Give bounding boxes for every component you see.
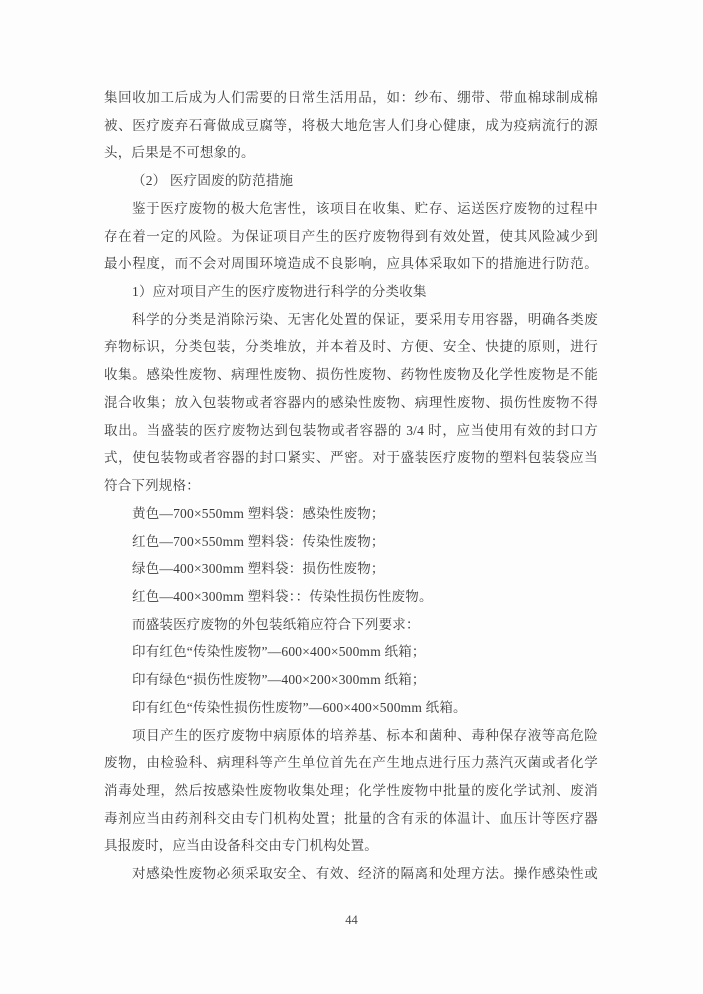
page-number: 44 [0, 910, 703, 930]
text-line: 印有红色“传染性损伤性废物”—600×400×500mm 纸箱。 [104, 694, 598, 722]
text-line: 被、医疗废弃石膏做成豆腐等，将极大地危害人们身心健康，成为疫病流行的源 [104, 112, 598, 140]
text-line: 收集。感染性废物、病理性废物、损伤性废物、药物性废物及化学性废物是不能 [104, 361, 598, 389]
text-line: 符合下列规格： [104, 472, 598, 500]
document-page: 集回收加工后成为人们需要的日常生活用品，如：纱布、绷带、带血棉球制成棉被、医疗废… [0, 0, 703, 994]
text-line: 式，使包装物或者容器的封口紧实、严密。对于盛装医疗废物的塑料包装袋应当 [104, 444, 598, 472]
text-line: 最小程度，而不会对周围环境造成不良影响，应具体采取如下的措施进行防范。 [104, 250, 598, 278]
text-line: 而盛装医疗废物的外包装纸箱应符合下列要求： [104, 611, 598, 639]
text-line: 绿色—400×300mm 塑料袋：损伤性废物； [104, 555, 598, 583]
text-line: 科学的分类是消除污染、无害化处置的保证，要采用专用容器，明确各类废 [104, 306, 598, 334]
text-line: 印有红色“传染性废物”—600×400×500mm 纸箱； [104, 638, 598, 666]
text-line: 存在着一定的风险。为保证项目产生的医疗废物得到有效处置，使其风险减少到 [104, 223, 598, 251]
text-line: 头，后果是不可想象的。 [104, 139, 598, 167]
text-line: （2） 医疗固废的防范措施 [104, 167, 598, 195]
text-line: 黄色—700×550mm 塑料袋：感染性废物； [104, 500, 598, 528]
text-line: 消毒处理，然后按感染性废物收集处理；化学性废物中批量的废化学试剂、废消 [104, 777, 598, 805]
text-line: 印有绿色“损伤性废物”—400×200×300mm 纸箱； [104, 666, 598, 694]
text-line: 取出。当盛装的医疗废物达到包装物或者容器的 3/4 时，应当使用有效的封口方 [104, 417, 598, 445]
text-line: 具报废时，应当由设备科交由专门机构处置。 [104, 832, 598, 860]
text-line: 鉴于医疗废物的极大危害性，该项目在收集、贮存、运送医疗废物的过程中 [104, 195, 598, 223]
text-line: 集回收加工后成为人们需要的日常生活用品，如：纱布、绷带、带血棉球制成棉 [104, 84, 598, 112]
text-line: 项目产生的医疗废物中病原体的培养基、标本和菌种、毒种保存液等高危险 [104, 722, 598, 750]
text-line: 混合收集；放入包装物或者容器内的感染性废物、病理性废物、损伤性废物不得 [104, 389, 598, 417]
text-line: 1）应对项目产生的医疗废物进行科学的分类收集 [104, 278, 598, 306]
text-block: 集回收加工后成为人们需要的日常生活用品，如：纱布、绷带、带血棉球制成棉被、医疗废… [104, 84, 598, 888]
text-line: 对感染性废物必须采取安全、有效、经济的隔离和处理方法。操作感染性或 [104, 860, 598, 888]
text-line: 弃物标识，分类包装，分类堆放，并本着及时、方便、安全、快捷的原则，进行 [104, 333, 598, 361]
text-line: 红色—400×300mm 塑料袋：：传染性损伤性废物。 [104, 583, 598, 611]
text-line: 毒剂应当由药剂科交由专门机构处置；批量的含有汞的体温计、血压计等医疗器 [104, 805, 598, 833]
text-line: 废物，由检验科、病理科等产生单位首先在产生地点进行压力蒸汽灭菌或者化学 [104, 749, 598, 777]
text-line: 红色—700×550mm 塑料袋：传染性废物； [104, 528, 598, 556]
